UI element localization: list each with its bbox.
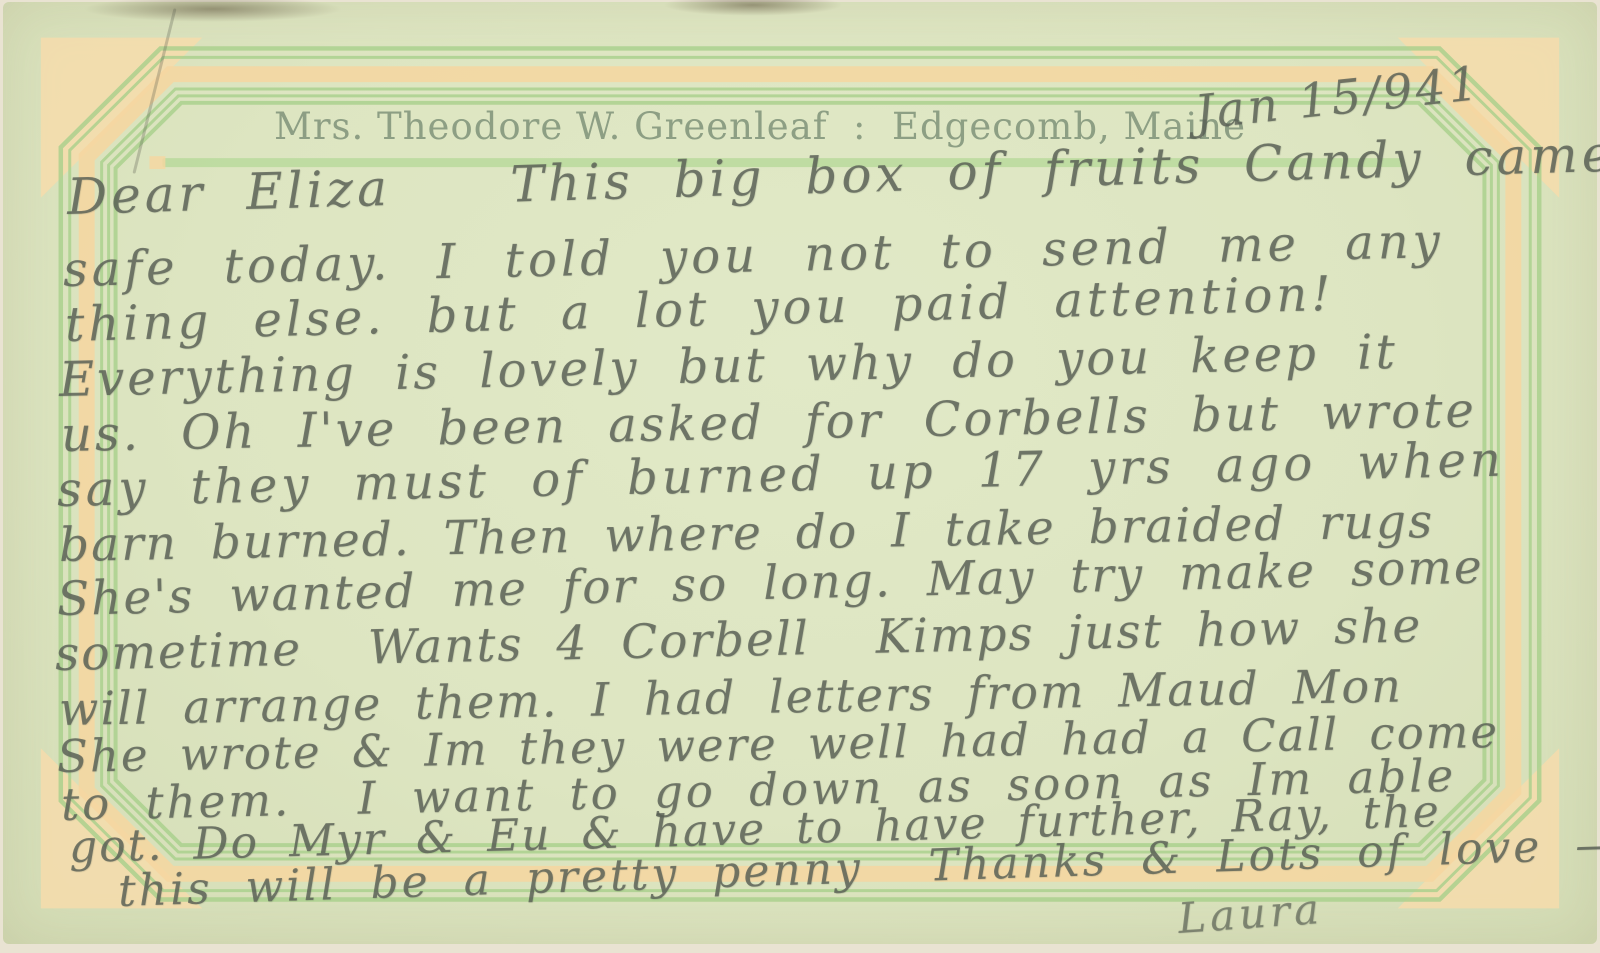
signature: Laura [1176,884,1324,943]
postcard: Mrs. Theodore W. Greenleaf : Edgecomb, M… [3,2,1597,944]
